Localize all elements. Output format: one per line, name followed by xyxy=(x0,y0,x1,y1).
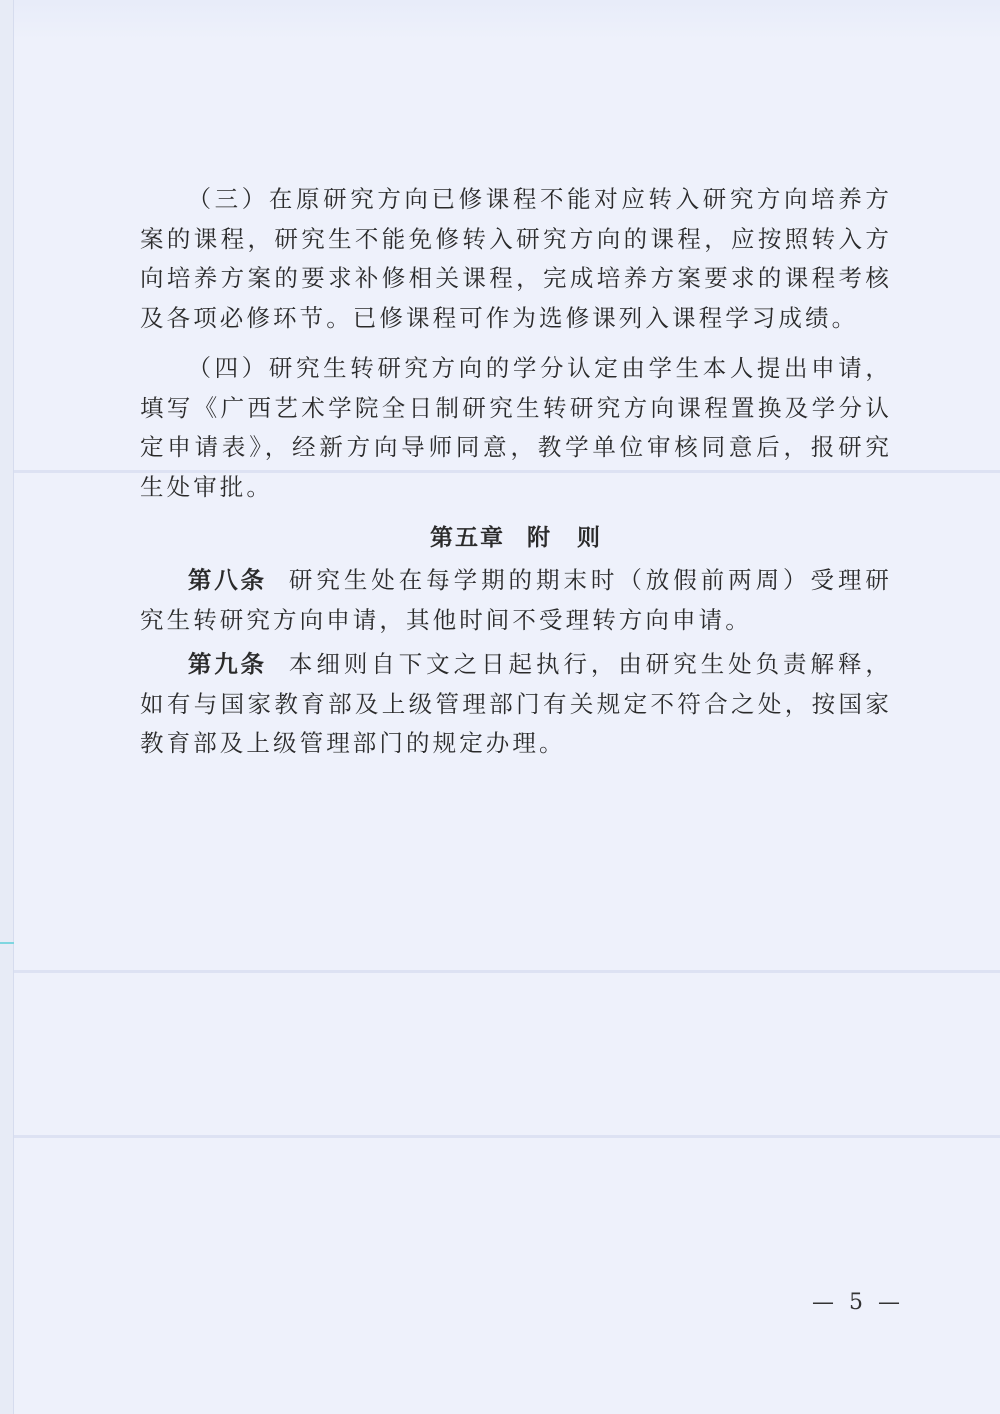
article-label: 第八条 xyxy=(187,566,267,594)
paragraph-item-3: （三）在原研究方向已修课程不能对应转入研究方向培养方案的课程，研究生不能免修转入… xyxy=(140,180,892,338)
paragraph-text: （四）研究生转研究方向的学分认定由学生本人提出申请，填写《广西艺术学院全日制研究… xyxy=(140,354,892,501)
page-number: — 5 — xyxy=(812,1290,904,1315)
document-page: （三）在原研究方向已修课程不能对应转入研究方向培养方案的课程，研究生不能免修转入… xyxy=(0,0,1000,1414)
chapter-number: 第五章 xyxy=(430,524,505,551)
scan-band xyxy=(14,1135,1000,1138)
article-label: 第九条 xyxy=(187,650,267,678)
paragraph-text: （三）在原研究方向已修课程不能对应转入研究方向培养方案的课程，研究生不能免修转入… xyxy=(140,185,892,332)
scan-band xyxy=(14,970,1000,973)
paragraph-item-4: （四）研究生转研究方向的学分认定由学生本人提出申请，填写《广西艺术学院全日制研究… xyxy=(140,349,892,507)
scan-edge-mark xyxy=(0,942,14,944)
chapter-title: 第五章附 则 xyxy=(140,519,892,552)
chapter-name: 附 则 xyxy=(527,524,602,551)
scan-left-edge xyxy=(0,0,14,1414)
article-8: 第八条研究生处在每学期的期末时（放假前两周）受理研究生转研究方向申请，其他时间不… xyxy=(140,561,892,640)
article-9: 第九条本细则自下文之日起执行，由研究生处负责解释，如有与国家教育部及上级管理部门… xyxy=(140,645,892,764)
